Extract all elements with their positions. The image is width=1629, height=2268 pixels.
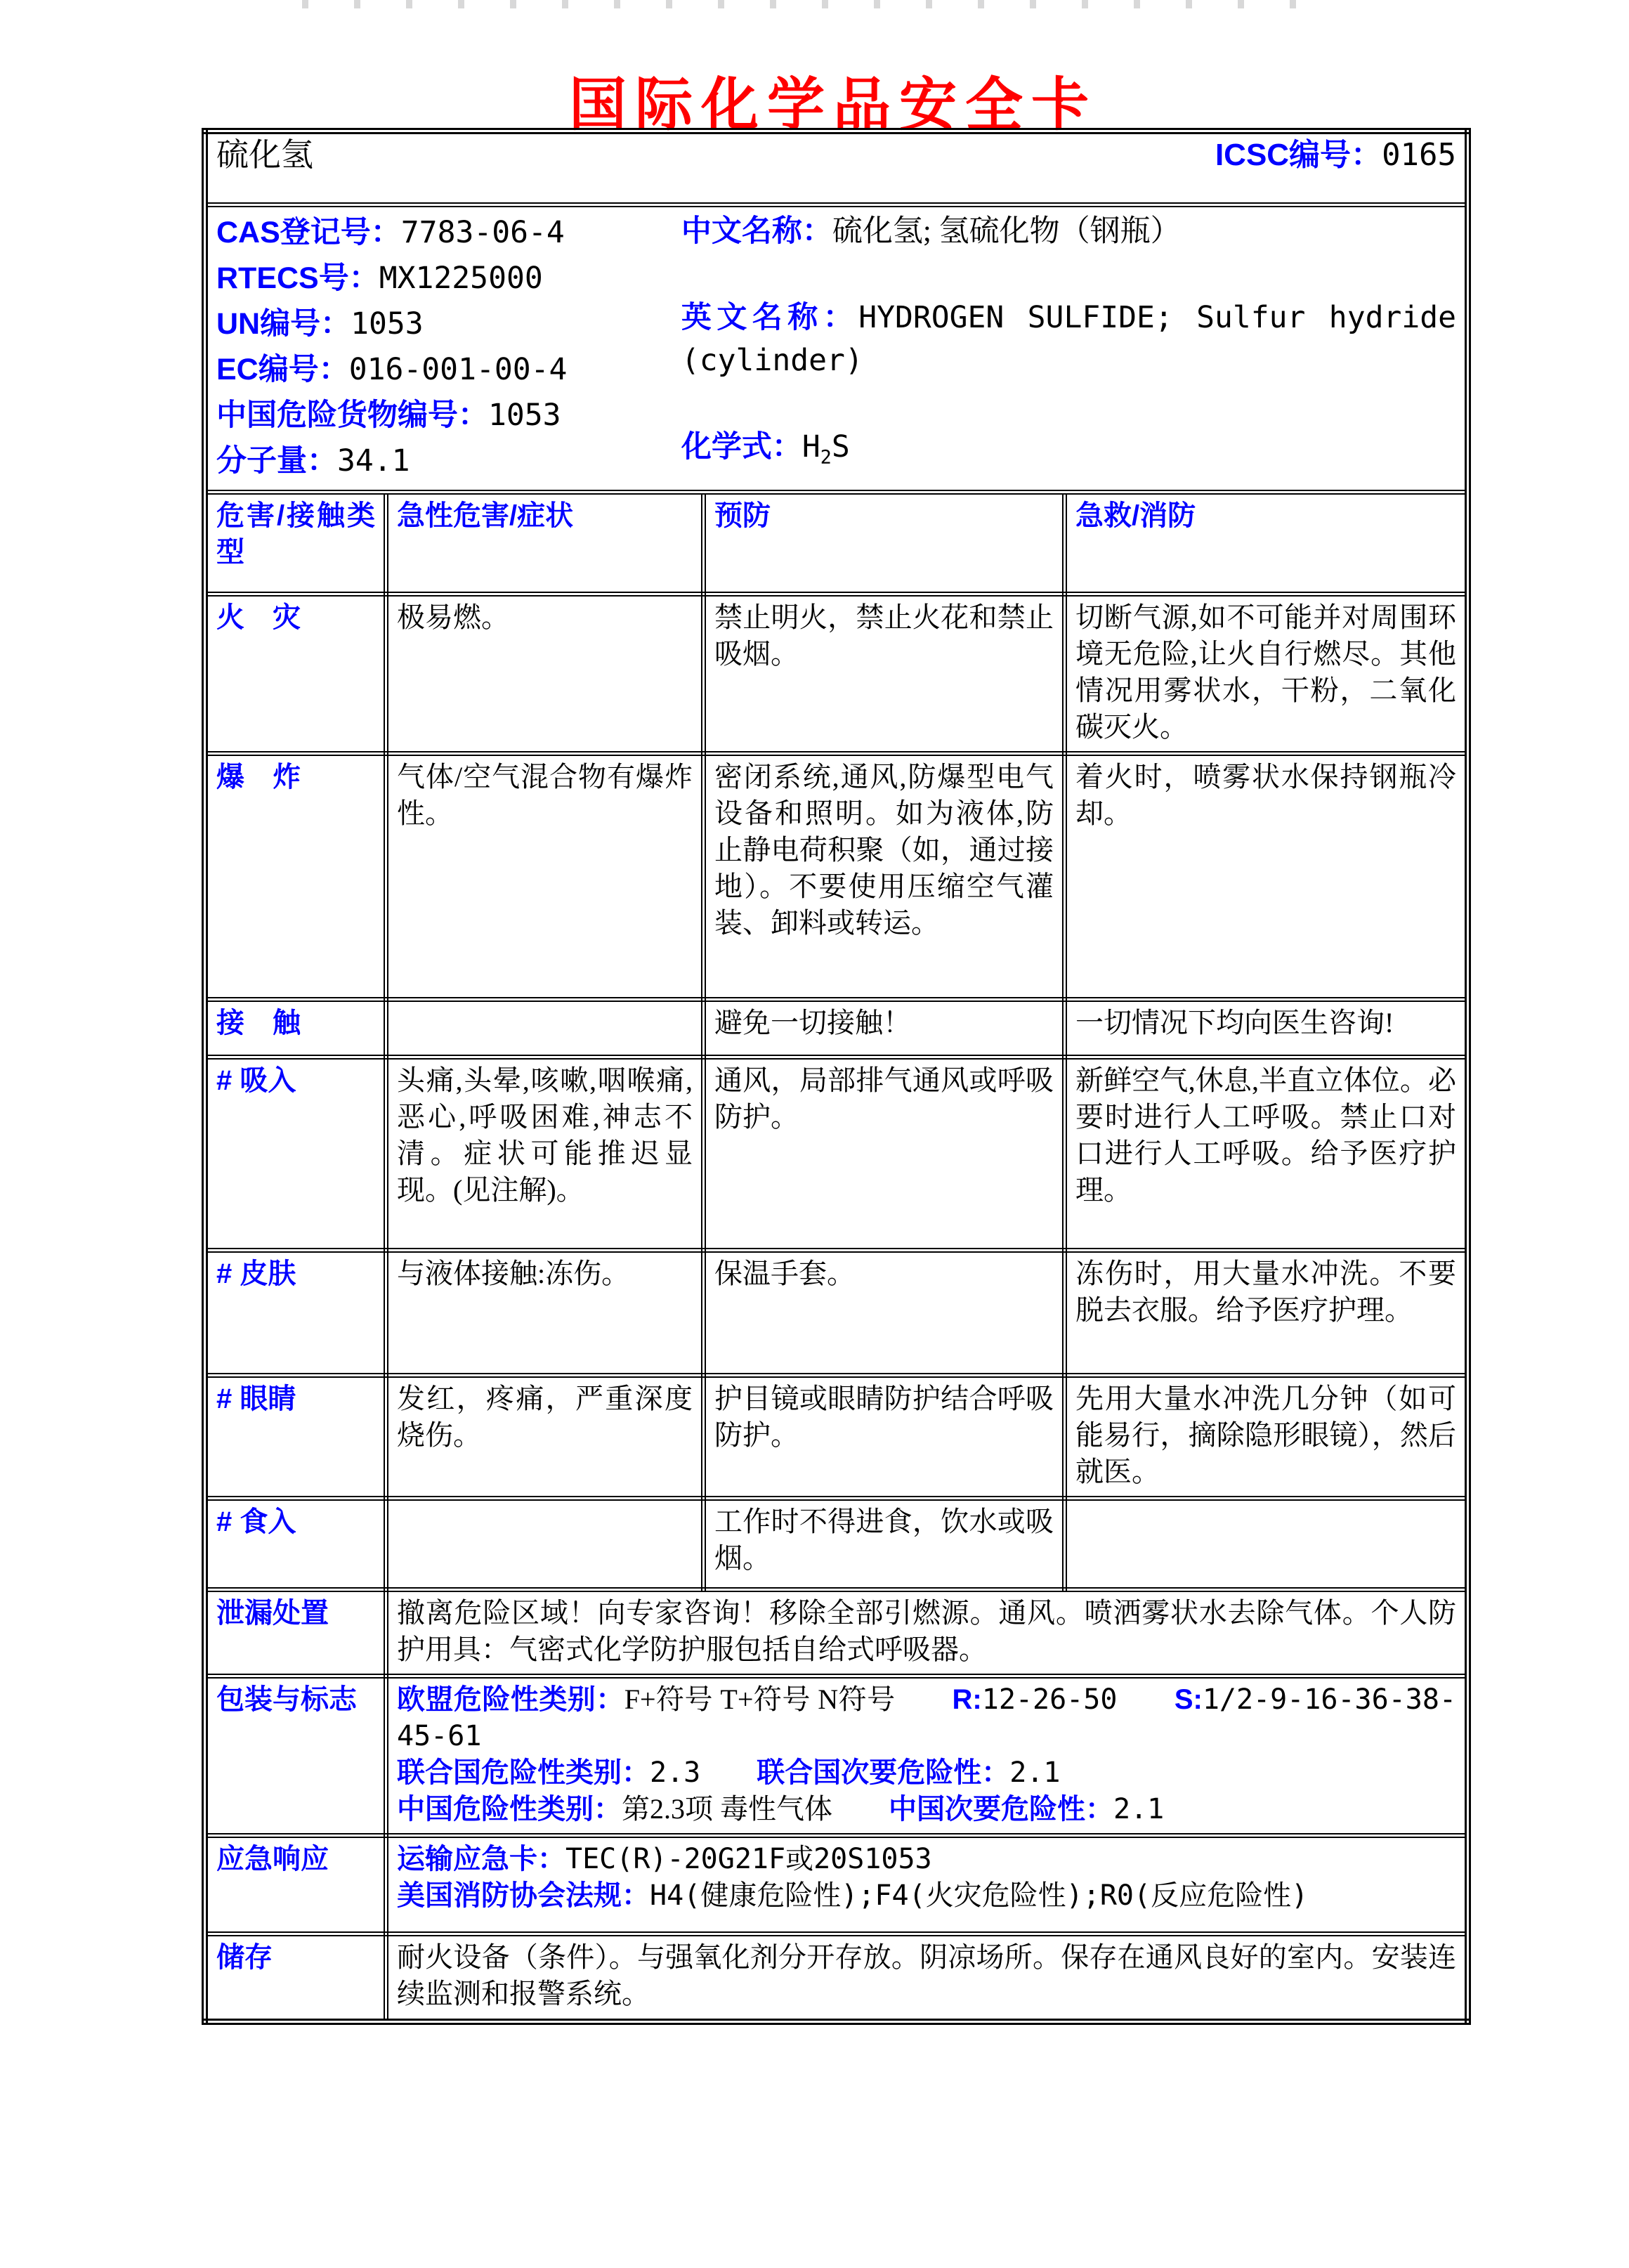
symptoms-cell: 发红，疼痛，严重深度烧伤。 [386, 1376, 704, 1499]
first-aid-cell: 切断气源,如不可能并对周围环境无危险,让火自行燃尽。其他情况用雾状水，干粉，二氧… [1065, 594, 1468, 754]
hazard-type-label: # 吸入 [205, 1057, 386, 1251]
symptoms-cell [386, 1499, 704, 1590]
english-name-line: 英文名称：HYDROGEN SULFIDE; Sulfur hydride (c… [681, 296, 1456, 382]
clipped-text-remnants [302, 0, 1335, 8]
header-hazard-type: 危害/接触类型 [205, 493, 386, 594]
icsc-label: ICSC编号： [1215, 138, 1382, 172]
symptoms-cell: 与液体接触:冻伤。 [386, 1251, 704, 1376]
prevention-cell: 护目镜或眼睛防护结合呼吸防护。 [704, 1376, 1065, 1499]
prevention-cell: 工作时不得进食，饮水或吸烟。 [704, 1499, 1065, 1590]
symptoms-cell: 头痛,头晕,咳嗽,咽喉痛,恶心,呼吸困难,神志不清。症状可能推迟显现。(见注解)… [386, 1057, 704, 1251]
hazard-type-label: # 眼睛 [205, 1376, 386, 1499]
hazard-row-ingestion: # 食入 工作时不得进食，饮水或吸烟。 [205, 1499, 1468, 1590]
hazard-row-inhalation: # 吸入 头痛,头晕,咳嗽,咽喉痛,恶心,呼吸困难,神志不清。症状可能推迟显现。… [205, 1057, 1468, 1251]
hazard-type-label: 爆 炸 [205, 754, 386, 1000]
hazard-row-eyes: # 眼睛 发红，疼痛，严重深度烧伤。 护目镜或眼睛防护结合呼吸防护。 先用大量水… [205, 1376, 1468, 1499]
hazard-row-contact: 接 触 避免一切接触！ 一切情况下均向医生咨询! [205, 1000, 1468, 1057]
emergency-response-cell: 运输应急卡：TEC(R)-20G21F或20S1053 美国消防协会法规：H4(… [386, 1836, 1468, 1934]
name-row: 硫化氢 ICSC编号：0165 [205, 131, 1468, 205]
identifier-list: CAS登记号：7783-06-4 RTECS号：MX1225000 UN编号：1… [216, 210, 681, 484]
header-acute-symptoms: 急性危害/症状 [386, 493, 704, 594]
first-aid-cell: 一切情况下均向医生咨询! [1065, 1000, 1468, 1057]
prevention-cell: 通风，局部排气通风或呼吸防护。 [704, 1057, 1065, 1251]
transport-emergency-card-line: 运输应急卡：TEC(R)-20G21F或20S1053 [397, 1841, 1456, 1877]
hazard-type-label: # 食入 [205, 1499, 386, 1590]
cas-number-line: CAS登记号：7783-06-4 [216, 210, 681, 256]
rtecs-number-line: RTECS号：MX1225000 [216, 256, 681, 301]
first-aid-cell: 新鲜空气,休息,半直立体位。必要时进行人工呼吸。禁止口对口进行人工呼吸。给予医疗… [1065, 1057, 1468, 1251]
spill-disposal-row: 泄漏处置 撤离危险区域！向专家咨询！移除全部引燃源。通风。喷洒雾状水去除气体。个… [205, 1590, 1468, 1676]
first-aid-cell [1065, 1499, 1468, 1590]
first-aid-cell: 着火时，喷雾状水保持钢瓶冷却。 [1065, 754, 1468, 1000]
molecular-weight-line: 分子量：34.1 [216, 438, 681, 484]
hazard-row-explosion: 爆 炸 气体/空气混合物有爆炸性。 密闭系统,通风,防爆型电气设备和照明。如为液… [205, 754, 1468, 1000]
emergency-response-row: 应急响应 运输应急卡：TEC(R)-20G21F或20S1053 美国消防协会法… [205, 1836, 1468, 1934]
section-label-packaging: 包装与标志 [205, 1676, 386, 1836]
chinese-name-line: 中文名称：硫化氢; 氢硫化物（钢瓶） [681, 210, 1456, 253]
storage-text: 耐火设备（条件）。与强氧化剂分开存放。阴凉场所。保存在通风良好的室内。安装连续监… [386, 1934, 1468, 2022]
un-hazard-class-line: 联合国危险性类别：2.3 联合国次要危险性：2.1 [397, 1754, 1456, 1791]
first-aid-cell: 先用大量水冲洗几分钟（如可能易行，摘除隐形眼镜），然后就医。 [1065, 1376, 1468, 1499]
storage-row: 储存 耐火设备（条件）。与强氧化剂分开存放。阴凉场所。保存在通风良好的室内。安装… [205, 1934, 1468, 2022]
hazard-type-label: 接 触 [205, 1000, 386, 1057]
packaging-labeling-row: 包装与标志 欧盟危险性类别：F+符号 T+符号 N符号 R:12-26-50 S… [205, 1676, 1468, 1836]
chemical-formula-line: 化学式：H2S [681, 426, 1456, 479]
hazard-header-row: 危害/接触类型 急性危害/症状 预防 急救/消防 [205, 493, 1468, 594]
prevention-cell: 保温手套。 [704, 1251, 1065, 1376]
section-label-storage: 储存 [205, 1934, 386, 2022]
china-dg-number-line: 中国危险货物编号：1053 [216, 393, 681, 438]
nfpa-code-line: 美国消防协会法规：H4(健康危险性);F4(火灾危险性);R0(反应危险性) [397, 1877, 1456, 1914]
section-label-spill: 泄漏处置 [205, 1590, 386, 1676]
first-aid-cell: 冻伤时，用大量水冲洗。不要脱去衣服。给予医疗护理。 [1065, 1251, 1468, 1376]
chemical-formula: H2S [802, 429, 850, 464]
header-first-aid: 急救/消防 [1065, 493, 1468, 594]
chemical-name: 硫化氢 [216, 137, 313, 174]
symptoms-cell [386, 1000, 704, 1057]
identifiers-row: CAS登记号：7783-06-4 RTECS号：MX1225000 UN编号：1… [205, 205, 1468, 493]
prevention-cell: 密闭系统,通风,防爆型电气设备和照明。如为液体,防止静电荷积聚（如，通过接地）。… [704, 754, 1065, 1000]
symptoms-cell: 气体/空气混合物有爆炸性。 [386, 754, 704, 1000]
un-number-line: UN编号：1053 [216, 301, 681, 347]
packaging-labeling-cell: 欧盟危险性类别：F+符号 T+符号 N符号 R:12-26-50 S:1/2-9… [386, 1676, 1468, 1836]
header-prevention: 预防 [704, 493, 1065, 594]
name-formula-block: 中文名称：硫化氢; 氢硫化物（钢瓶） 英文名称：HYDROGEN SULFIDE… [681, 210, 1456, 484]
hazard-type-label: # 皮肤 [205, 1251, 386, 1376]
ec-number-line: EC编号：016-001-00-4 [216, 347, 681, 393]
hazard-type-label: 火 灾 [205, 594, 386, 754]
prevention-cell: 避免一切接触！ [704, 1000, 1065, 1057]
section-label-emergency: 应急响应 [205, 1836, 386, 1934]
spill-disposal-text: 撤离危险区域！向专家咨询！移除全部引燃源。通风。喷洒雾状水去除气体。个人防护用具… [386, 1590, 1468, 1676]
symptoms-cell: 极易燃。 [386, 594, 704, 754]
prevention-cell: 禁止明火，禁止火花和禁止吸烟。 [704, 594, 1065, 754]
icsc-number: 0165 [1382, 137, 1456, 173]
eu-hazard-class-line: 欧盟危险性类别：F+符号 T+符号 N符号 R:12-26-50 S:1/2-9… [397, 1681, 1456, 1754]
icsc-number-field: ICSC编号：0165 [1215, 137, 1456, 174]
hazard-row-fire: 火 灾 极易燃。 禁止明火，禁止火花和禁止吸烟。 切断气源,如不可能并对周围环境… [205, 594, 1468, 754]
safety-card-table: 硫化氢 ICSC编号：0165 CAS登记号：7783-06-4 RTECS号：… [202, 128, 1471, 2025]
hazard-row-skin: # 皮肤 与液体接触:冻伤。 保温手套。 冻伤时，用大量水冲洗。不要脱去衣服。给… [205, 1251, 1468, 1376]
cn-hazard-class-line: 中国危险性类别：第2.3项 毒性气体 中国次要危险性：2.1 [397, 1791, 1456, 1827]
